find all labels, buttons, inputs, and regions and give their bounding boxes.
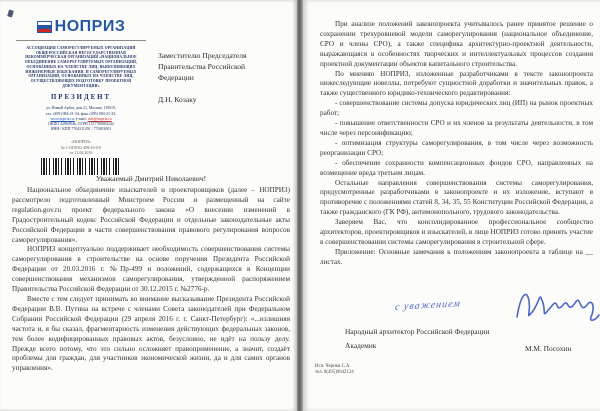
signer-name: М.М. Посохин: [525, 344, 571, 353]
list-item-dash: - совершенствование системы допуска юрид…: [320, 99, 593, 119]
executor-note: Исп. Чернов С.А. тел. 8(495)9842134: [315, 364, 354, 376]
letter-body-page-1: Уважаемый Дмитрий Николаевич! Национальн…: [12, 174, 290, 374]
scan-artifact-mark: [7, 9, 14, 17]
org-line: ОСУЩЕСТВЛЯЮЩИХ ПОДГОТОВКУ ПРОЕКТНОЙ: [16, 79, 146, 84]
org-line: АССОЦИАЦИЯ САМОРЕГУЛИРУЕМЫХ ОРГАНИЗАЦИЙ: [16, 46, 146, 51]
logo-text: НОПРИЗ: [55, 18, 126, 36]
address-block: ул. Новый Арбат, дом 21, Москва, 119019,…: [16, 106, 146, 132]
paragraph: Остальные направления совершенствования …: [320, 179, 593, 219]
list-item-dash: - повышение ответственности СРО и их чле…: [320, 119, 593, 139]
org-line: ОСНОВАННЫХ НА ЧЛЕНСТВЕ ЛИЦ, ВЫПОЛНЯЮЩИХ: [16, 65, 146, 70]
russian-flag-icon: [37, 21, 52, 33]
signer-title-line1: Народный архитектор Российской Федерации: [345, 327, 489, 336]
paragraph: По мнению НОПРИЗ, изложенные разработчик…: [320, 70, 593, 100]
stamp-line: от 13.06.2016: [16, 150, 146, 155]
addressee-line: Федерации: [158, 72, 288, 83]
paragraph: При анализе положений законопроекта учит…: [320, 20, 593, 70]
signature-posokhin: [511, 281, 600, 329]
paragraph: Заверяем Вас, что консолидированное проф…: [320, 218, 593, 248]
handwritten-note: с уважением: [394, 298, 461, 313]
letter-page-2: При анализе положений законопроекта учит…: [303, 0, 600, 411]
letterhead: НОПРИЗ АССОЦИАЦИЯ САМОРЕГУЛИРУЕМЫХ ОРГАН…: [16, 18, 146, 175]
executor-phone: тел. 8(495)9842134: [315, 370, 354, 376]
addressee-line: Заместителю Председателя: [158, 50, 288, 61]
organization-name: АССОЦИАЦИЯ САМОРЕГУЛИРУЕМЫХ ОРГАНИЗАЦИЙ …: [16, 46, 146, 88]
paragraph: Вместе с тем следует принимать во вниман…: [12, 295, 290, 374]
registration-stamp: «НОПРИЗ» № 1-ОГВ/02-498/16-0-0 от 13.06.…: [16, 139, 146, 174]
addressee-block: Заместителю Председателя Правительства Р…: [158, 50, 288, 105]
paragraph: Национальное объединение изыскателей и п…: [12, 186, 290, 245]
president-label: ПРЕЗИДЕНТ: [16, 94, 146, 101]
website-link: www.nopriz.ru,: [50, 117, 74, 121]
addressee-line: Правительства Российской: [158, 61, 288, 72]
address-line: ИНН / КПП 7704311291 / 770401001: [16, 127, 146, 132]
org-line: ДОКУМЕНТАЦИИ»: [16, 84, 146, 89]
salutation: Уважаемый Дмитрий Николаевич!: [12, 174, 290, 183]
attachment-line: Приложение: Основные замечания к положен…: [320, 248, 593, 268]
email-label: e-mail:: [76, 117, 87, 121]
signer-title-line2: Академик: [345, 341, 376, 350]
scanned-letter: НОПРИЗ АССОЦИАЦИЯ САМОРЕГУЛИРУЕМЫХ ОРГАН…: [0, 0, 600, 411]
nopriz-logo: НОПРИЗ: [16, 18, 146, 41]
list-item-dash: - обеспечение сохранности компенсационны…: [320, 159, 593, 179]
list-item-dash: - оптимизация структуры саморегулировани…: [320, 139, 593, 159]
paragraph: НОПРИЗ концептуально поддерживает необхо…: [12, 245, 290, 295]
barcode: [41, 158, 121, 175]
addressee-name: Д.Н. Козаку: [158, 94, 288, 105]
letter-body-page-2: При анализе положений законопроекта учит…: [320, 20, 593, 268]
letter-page-1: НОПРИЗ АССОЦИАЦИЯ САМОРЕГУЛИРУЕМЫХ ОРГАН…: [0, 0, 297, 411]
email-link: info@nopriz.ru: [88, 117, 112, 121]
